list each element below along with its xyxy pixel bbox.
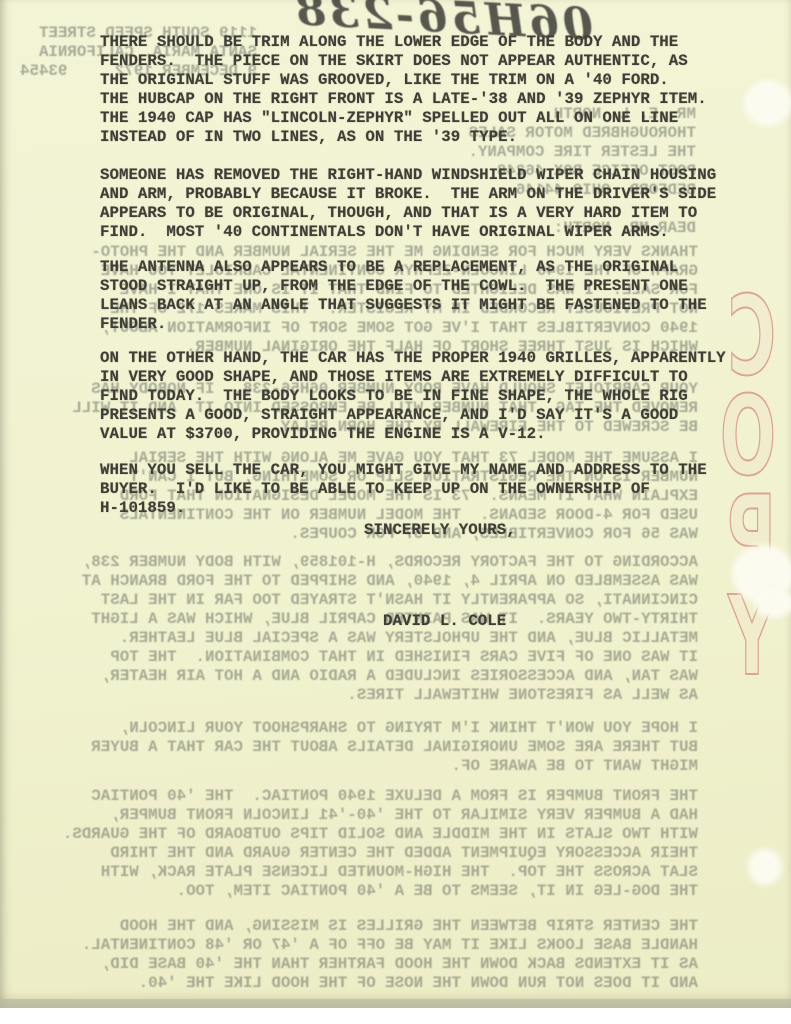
letter-signature: DAVID L. COLE bbox=[383, 612, 506, 631]
scan-artifact-blob-middle-right-2 bbox=[754, 588, 791, 618]
copy-stamp-letter-o: O bbox=[728, 386, 776, 486]
letter-paragraph-sell: WHEN YOU SELL THE CAR, YOU MIGHT GIVE MY… bbox=[100, 461, 707, 518]
bleed-through-paragraph-sharpshoot: I HOPE YOU WON'T THINK I'M TRYING TO SHA… bbox=[91, 719, 698, 776]
letter-paragraph-antenna: THE ANTENNA ALSO APPEARS TO BE A REPLACE… bbox=[100, 258, 707, 334]
bleed-through-paragraph-center-strip: THE CENTER STRIP BETWEEN THE GRILLES IS … bbox=[82, 917, 698, 993]
paper-bottom-edge-shadow bbox=[0, 999, 791, 1008]
letter-paragraph-wiper: SOMEONE HAS REMOVED THE RIGHT-HAND WINDS… bbox=[100, 166, 716, 242]
bleed-through-paragraph-front-bumper: THE FRONT BUMPER IS FROM A DELUXE 1940 P… bbox=[63, 787, 698, 901]
letter-closing: SINCERELY YOURS, bbox=[364, 521, 516, 540]
letter-paragraph-grilles: ON THE OTHER HAND, THE CAR HAS THE PROPE… bbox=[100, 349, 726, 444]
copy-stamp: C O P Y bbox=[712, 286, 791, 686]
scan-artifact-blob-top-right bbox=[744, 80, 791, 126]
letter-page: 1119 SOUTH SPEED STREET SANTA MARIA, CAL… bbox=[0, 0, 791, 1008]
letter-paragraph-trim: THERE SHOULD BE TRIM ALONG THE LOWER EDG… bbox=[100, 33, 707, 147]
copy-stamp-letter-c: C bbox=[728, 286, 776, 386]
scan-artifact-blob-bottom-right bbox=[748, 849, 782, 885]
